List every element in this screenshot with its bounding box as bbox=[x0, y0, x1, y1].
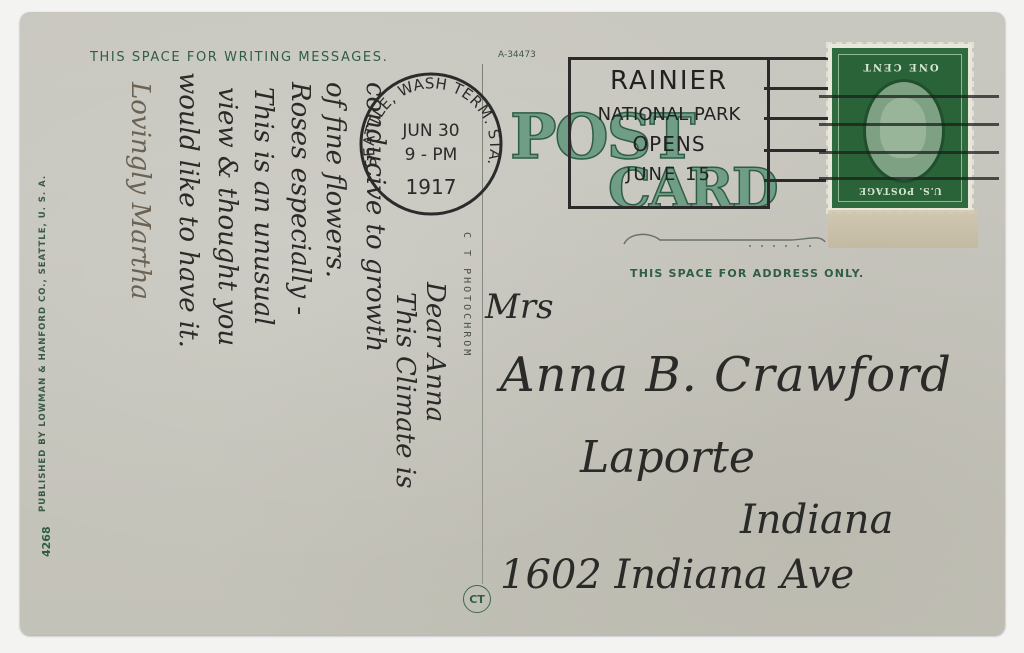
stamp-frame: ONE CENT U.S. POSTAGE bbox=[838, 54, 962, 202]
svg-text:9 - PM: 9 - PM bbox=[405, 145, 458, 165]
message-line: of fine flowers. bbox=[320, 82, 350, 278]
svg-text:1917: 1917 bbox=[406, 175, 457, 199]
divider-printer-text: C T PHOTOCHROM bbox=[461, 232, 472, 358]
slogan-line-1: RAINIER bbox=[571, 66, 767, 96]
message-signature: Lovingly Martha bbox=[125, 82, 155, 300]
address-area-heading: THIS SPACE FOR ADDRESS ONLY. bbox=[630, 267, 864, 280]
slogan-line-4: JUNE 15 bbox=[571, 164, 767, 185]
rainier-slogan-cancel: RAINIER NATIONAL PARK OPENS JUNE 15 bbox=[568, 57, 770, 209]
printer-logo-icon: CT bbox=[463, 585, 491, 613]
postage-stamp: ONE CENT U.S. POSTAGE bbox=[828, 44, 972, 212]
message-line: would like to have it. bbox=[173, 72, 203, 348]
slogan-line-2: NATIONAL PARK bbox=[571, 104, 767, 125]
stamp-country: U.S. POSTAGE bbox=[839, 185, 961, 195]
flourish-ornament-icon bbox=[620, 230, 830, 250]
address-state: Indiana bbox=[740, 497, 893, 543]
message-area-heading: THIS SPACE FOR WRITING MESSAGES. bbox=[90, 50, 388, 65]
svg-text:JUN 30: JUN 30 bbox=[401, 121, 459, 141]
serial-number: A-34473 bbox=[498, 50, 536, 60]
address-city: Laporte bbox=[580, 432, 755, 483]
seattle-postmark-icon: SEATTLE, WASH TERM. STA. JUN 30 9 - PM 1… bbox=[357, 70, 505, 218]
address-street: 1602 Indiana Ave bbox=[500, 552, 854, 598]
card-number: 4268 bbox=[40, 526, 53, 557]
message-line: This Climate is bbox=[390, 292, 420, 488]
stamp-cancel-bar bbox=[819, 151, 999, 154]
publisher-text: PUBLISHED BY LOWMAN & HANFORD CO., SEATT… bbox=[38, 175, 48, 512]
stamp-denomination: ONE CENT bbox=[839, 61, 961, 72]
stamp-selvage bbox=[828, 210, 978, 248]
message-line: This is an unusual bbox=[248, 87, 278, 326]
message-line: Dear Anna bbox=[420, 282, 450, 422]
stamp-cancel-bar bbox=[819, 177, 999, 180]
message-line: view & thought you bbox=[212, 87, 242, 346]
publisher-credit: PUBLISHED BY LOWMAN & HANFORD CO., SEATT… bbox=[38, 175, 48, 512]
stamp-cancel-bar bbox=[819, 123, 999, 126]
address-salutation: Mrs bbox=[485, 287, 554, 327]
postcard: THIS SPACE FOR WRITING MESSAGES. A-34473… bbox=[20, 12, 1005, 635]
stamp-cancel-bar bbox=[819, 95, 999, 98]
message-line: Roses especially - bbox=[285, 82, 315, 315]
address-name: Anna B. Crawford bbox=[500, 347, 952, 403]
portrait-icon bbox=[880, 98, 926, 158]
slogan-line-3: OPENS bbox=[571, 132, 767, 156]
